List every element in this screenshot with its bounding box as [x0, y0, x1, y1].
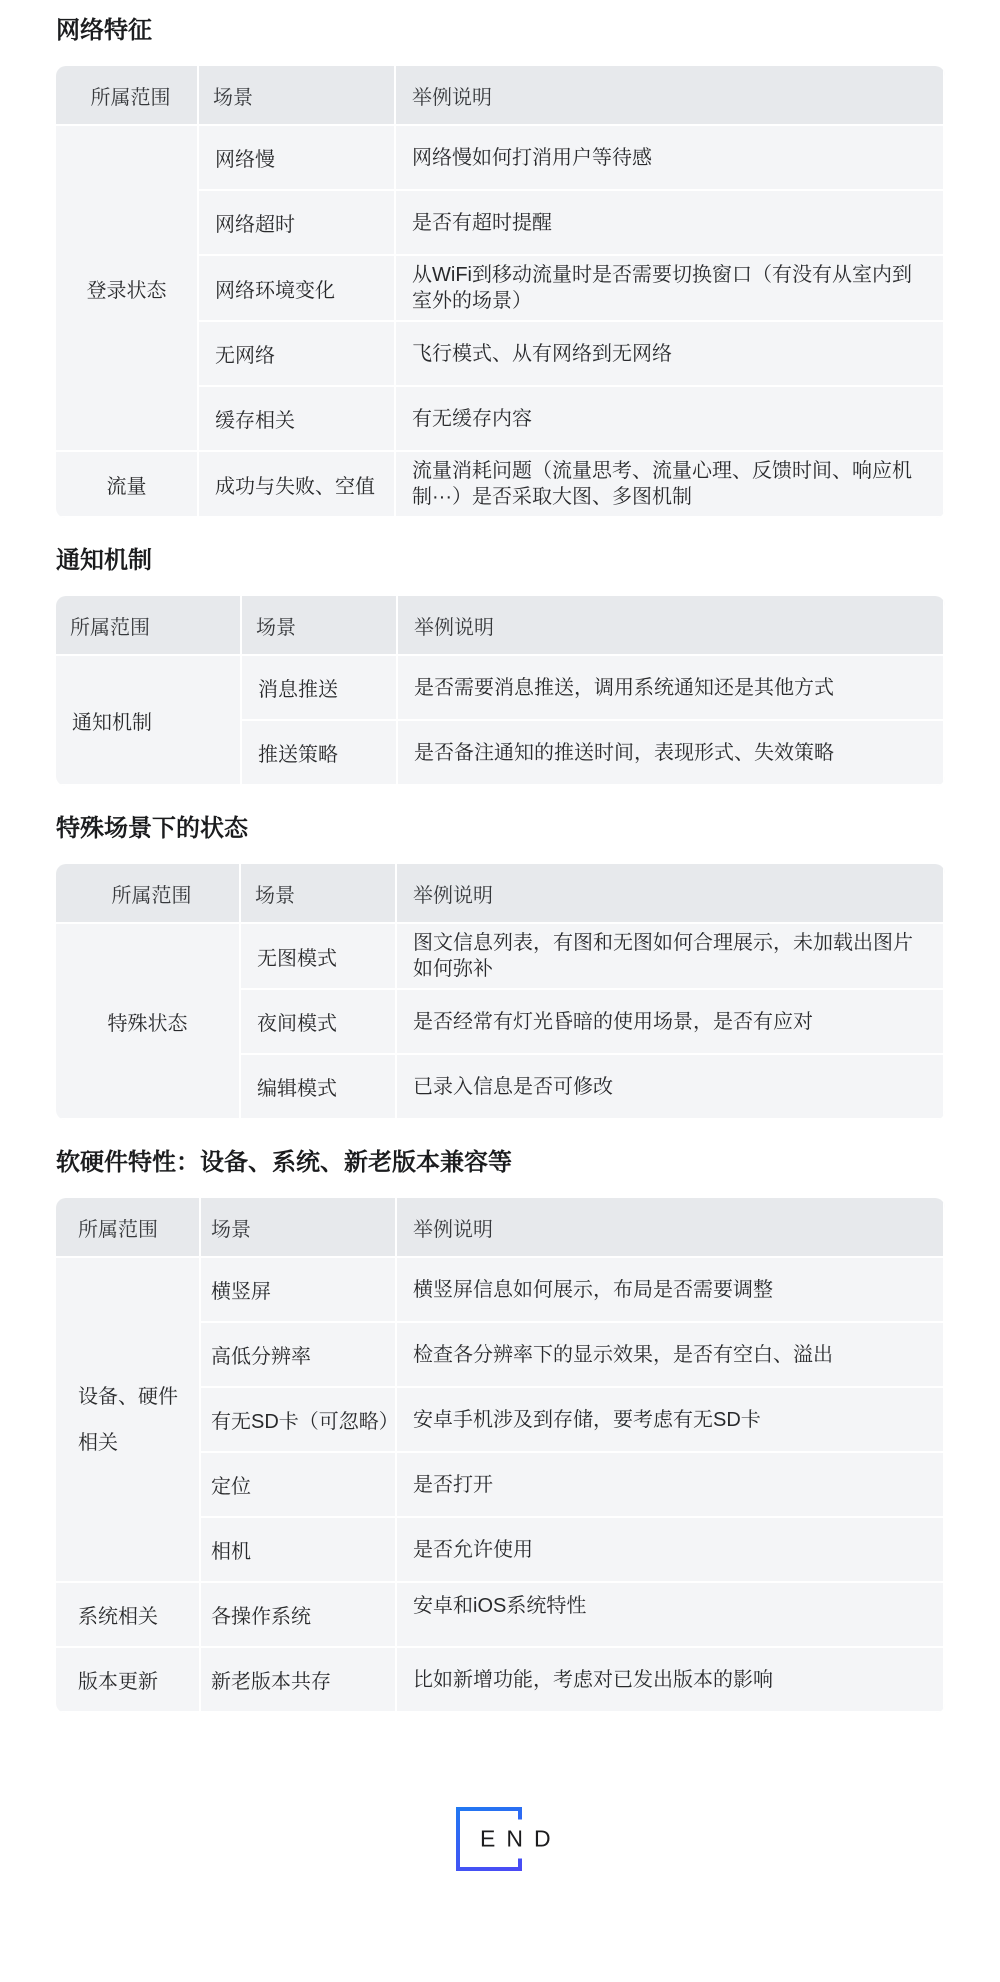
example-cell: 从WiFi到移动流量时是否需要切换窗口（有没有从室内到室外的场景） [396, 256, 945, 322]
end-logo: END [456, 1807, 522, 1871]
section-title: 软硬件特性：设备、系统、新老版本兼容等 [56, 1148, 945, 1178]
table-row: 系统相关各操作系统安卓和iOS系统特性 [56, 1583, 945, 1648]
example-cell: 安卓手机涉及到存储，要考虑有无SD卡 [397, 1388, 945, 1453]
table: 所属范围场景举例说明登录状态网络慢网络慢如何打消用户等待感网络超时是否有超时提醒… [56, 66, 945, 518]
column-header-example: 举例说明 [397, 864, 945, 924]
scope-cell: 特殊状态 [56, 924, 241, 1120]
section-title: 通知机制 [56, 546, 945, 576]
scene-cell: 无网络 [199, 322, 396, 387]
spec-section: 网络特征所属范围场景举例说明登录状态网络慢网络慢如何打消用户等待感网络超时是否有… [56, 16, 945, 518]
scene-cell: 夜间模式 [241, 990, 397, 1055]
column-header-scope: 所属范围 [56, 1198, 201, 1258]
spec-table: 所属范围场景举例说明通知机制消息推送是否需要消息推送，调用系统通知还是其他方式推… [56, 596, 945, 786]
scope-line: 设备、硬件 [78, 1374, 183, 1420]
scene-cell: 定位 [201, 1453, 397, 1518]
scene-cell: 网络环境变化 [199, 256, 396, 322]
header-row: 所属范围场景举例说明 [56, 864, 945, 924]
header-row: 所属范围场景举例说明 [56, 66, 945, 126]
scene-cell: 新老版本共存 [201, 1648, 397, 1713]
scene-cell: 推送策略 [242, 721, 398, 786]
scope-cell: 流量 [56, 452, 199, 518]
table-row: 设备、硬件相关横竖屏横竖屏信息如何展示，布局是否需要调整 [56, 1258, 945, 1323]
scope-cell: 设备、硬件相关 [56, 1258, 201, 1583]
scene-cell: 编辑模式 [241, 1055, 397, 1120]
scope-cell: 登录状态 [56, 126, 199, 452]
column-header-example: 举例说明 [396, 66, 945, 126]
example-cell: 有无缓存内容 [396, 387, 945, 452]
scene-cell: 网络慢 [199, 126, 396, 191]
scene-cell: 消息推送 [242, 656, 398, 721]
spec-section: 软硬件特性：设备、系统、新老版本兼容等所属范围场景举例说明设备、硬件相关横竖屏横… [56, 1148, 945, 1713]
example-cell: 网络慢如何打消用户等待感 [396, 126, 945, 191]
example-cell: 飞行模式、从有网络到无网络 [396, 322, 945, 387]
scene-cell: 成功与失败、空值 [199, 452, 396, 518]
example-cell: 是否需要消息推送，调用系统通知还是其他方式 [398, 656, 945, 721]
scene-cell: 有无SD卡（可忽略） [201, 1388, 397, 1453]
scope-line: 相关 [78, 1420, 183, 1466]
table-row: 版本更新新老版本共存比如新增功能，考虑对已发出版本的影响 [56, 1648, 945, 1713]
header-row: 所属范围场景举例说明 [56, 596, 945, 656]
scene-cell: 缓存相关 [199, 387, 396, 452]
spec-section: 特殊场景下的状态所属范围场景举例说明特殊状态无图模式图文信息列表，有图和无图如何… [56, 814, 945, 1120]
column-header-scope: 所属范围 [56, 864, 241, 924]
column-header-example: 举例说明 [398, 596, 945, 656]
scene-cell: 各操作系统 [201, 1583, 397, 1648]
example-cell: 图文信息列表，有图和无图如何合理展示，未加载出图片如何弥补 [397, 924, 945, 990]
column-header-scope: 所属范围 [56, 66, 199, 126]
scene-cell: 横竖屏 [201, 1258, 397, 1323]
table-row: 特殊状态无图模式图文信息列表，有图和无图如何合理展示，未加载出图片如何弥补 [56, 924, 945, 990]
column-header-scene: 场景 [241, 864, 397, 924]
example-cell: 是否允许使用 [397, 1518, 945, 1583]
table: 所属范围场景举例说明设备、硬件相关横竖屏横竖屏信息如何展示，布局是否需要调整高低… [56, 1198, 945, 1713]
example-cell: 是否有超时提醒 [396, 191, 945, 256]
example-cell: 检查各分辨率下的显示效果，是否有空白、溢出 [397, 1323, 945, 1388]
column-header-scene: 场景 [199, 66, 396, 126]
table-row: 通知机制消息推送是否需要消息推送，调用系统通知还是其他方式 [56, 656, 945, 721]
scene-cell: 无图模式 [241, 924, 397, 990]
table-row: 流量成功与失败、空值流量消耗问题（流量思考、流量心理、反馈时间、响应机制···）… [56, 452, 945, 518]
scene-cell: 相机 [201, 1518, 397, 1583]
example-cell: 安卓和iOS系统特性 [397, 1583, 945, 1648]
spec-table: 所属范围场景举例说明特殊状态无图模式图文信息列表，有图和无图如何合理展示，未加载… [56, 864, 945, 1120]
example-cell: 是否备注通知的推送时间，表现形式、失效策略 [398, 721, 945, 786]
section-title: 特殊场景下的状态 [56, 814, 945, 844]
section-title: 网络特征 [56, 16, 945, 46]
example-cell: 已录入信息是否可修改 [397, 1055, 945, 1120]
end-label: END [477, 1820, 562, 1859]
document-page: 网络特征所属范围场景举例说明登录状态网络慢网络慢如何打消用户等待感网络超时是否有… [0, 0, 1000, 1982]
scope-cell: 版本更新 [56, 1648, 201, 1713]
scope-cell: 通知机制 [56, 656, 242, 786]
example-cell: 比如新增功能，考虑对已发出版本的影响 [397, 1648, 945, 1713]
spec-table: 所属范围场景举例说明登录状态网络慢网络慢如何打消用户等待感网络超时是否有超时提醒… [56, 66, 945, 518]
example-cell: 是否经常有灯光昏暗的使用场景，是否有应对 [397, 990, 945, 1055]
column-header-scene: 场景 [242, 596, 398, 656]
table: 所属范围场景举例说明特殊状态无图模式图文信息列表，有图和无图如何合理展示，未加载… [56, 864, 945, 1120]
example-cell: 流量消耗问题（流量思考、流量心理、反馈时间、响应机制···）是否采取大图、多图机… [396, 452, 945, 518]
sections-container: 网络特征所属范围场景举例说明登录状态网络慢网络慢如何打消用户等待感网络超时是否有… [56, 16, 945, 1713]
header-row: 所属范围场景举例说明 [56, 1198, 945, 1258]
table: 所属范围场景举例说明通知机制消息推送是否需要消息推送，调用系统通知还是其他方式推… [56, 596, 945, 786]
spec-section: 通知机制所属范围场景举例说明通知机制消息推送是否需要消息推送，调用系统通知还是其… [56, 546, 945, 786]
column-header-scope: 所属范围 [56, 596, 242, 656]
table-row: 登录状态网络慢网络慢如何打消用户等待感 [56, 126, 945, 191]
scope-cell: 系统相关 [56, 1583, 201, 1648]
column-header-scene: 场景 [201, 1198, 397, 1258]
spec-table: 所属范围场景举例说明设备、硬件相关横竖屏横竖屏信息如何展示，布局是否需要调整高低… [56, 1198, 945, 1713]
example-cell: 横竖屏信息如何展示，布局是否需要调整 [397, 1258, 945, 1323]
column-header-example: 举例说明 [397, 1198, 945, 1258]
scene-cell: 高低分辨率 [201, 1323, 397, 1388]
example-cell: 是否打开 [397, 1453, 945, 1518]
scene-cell: 网络超时 [199, 191, 396, 256]
